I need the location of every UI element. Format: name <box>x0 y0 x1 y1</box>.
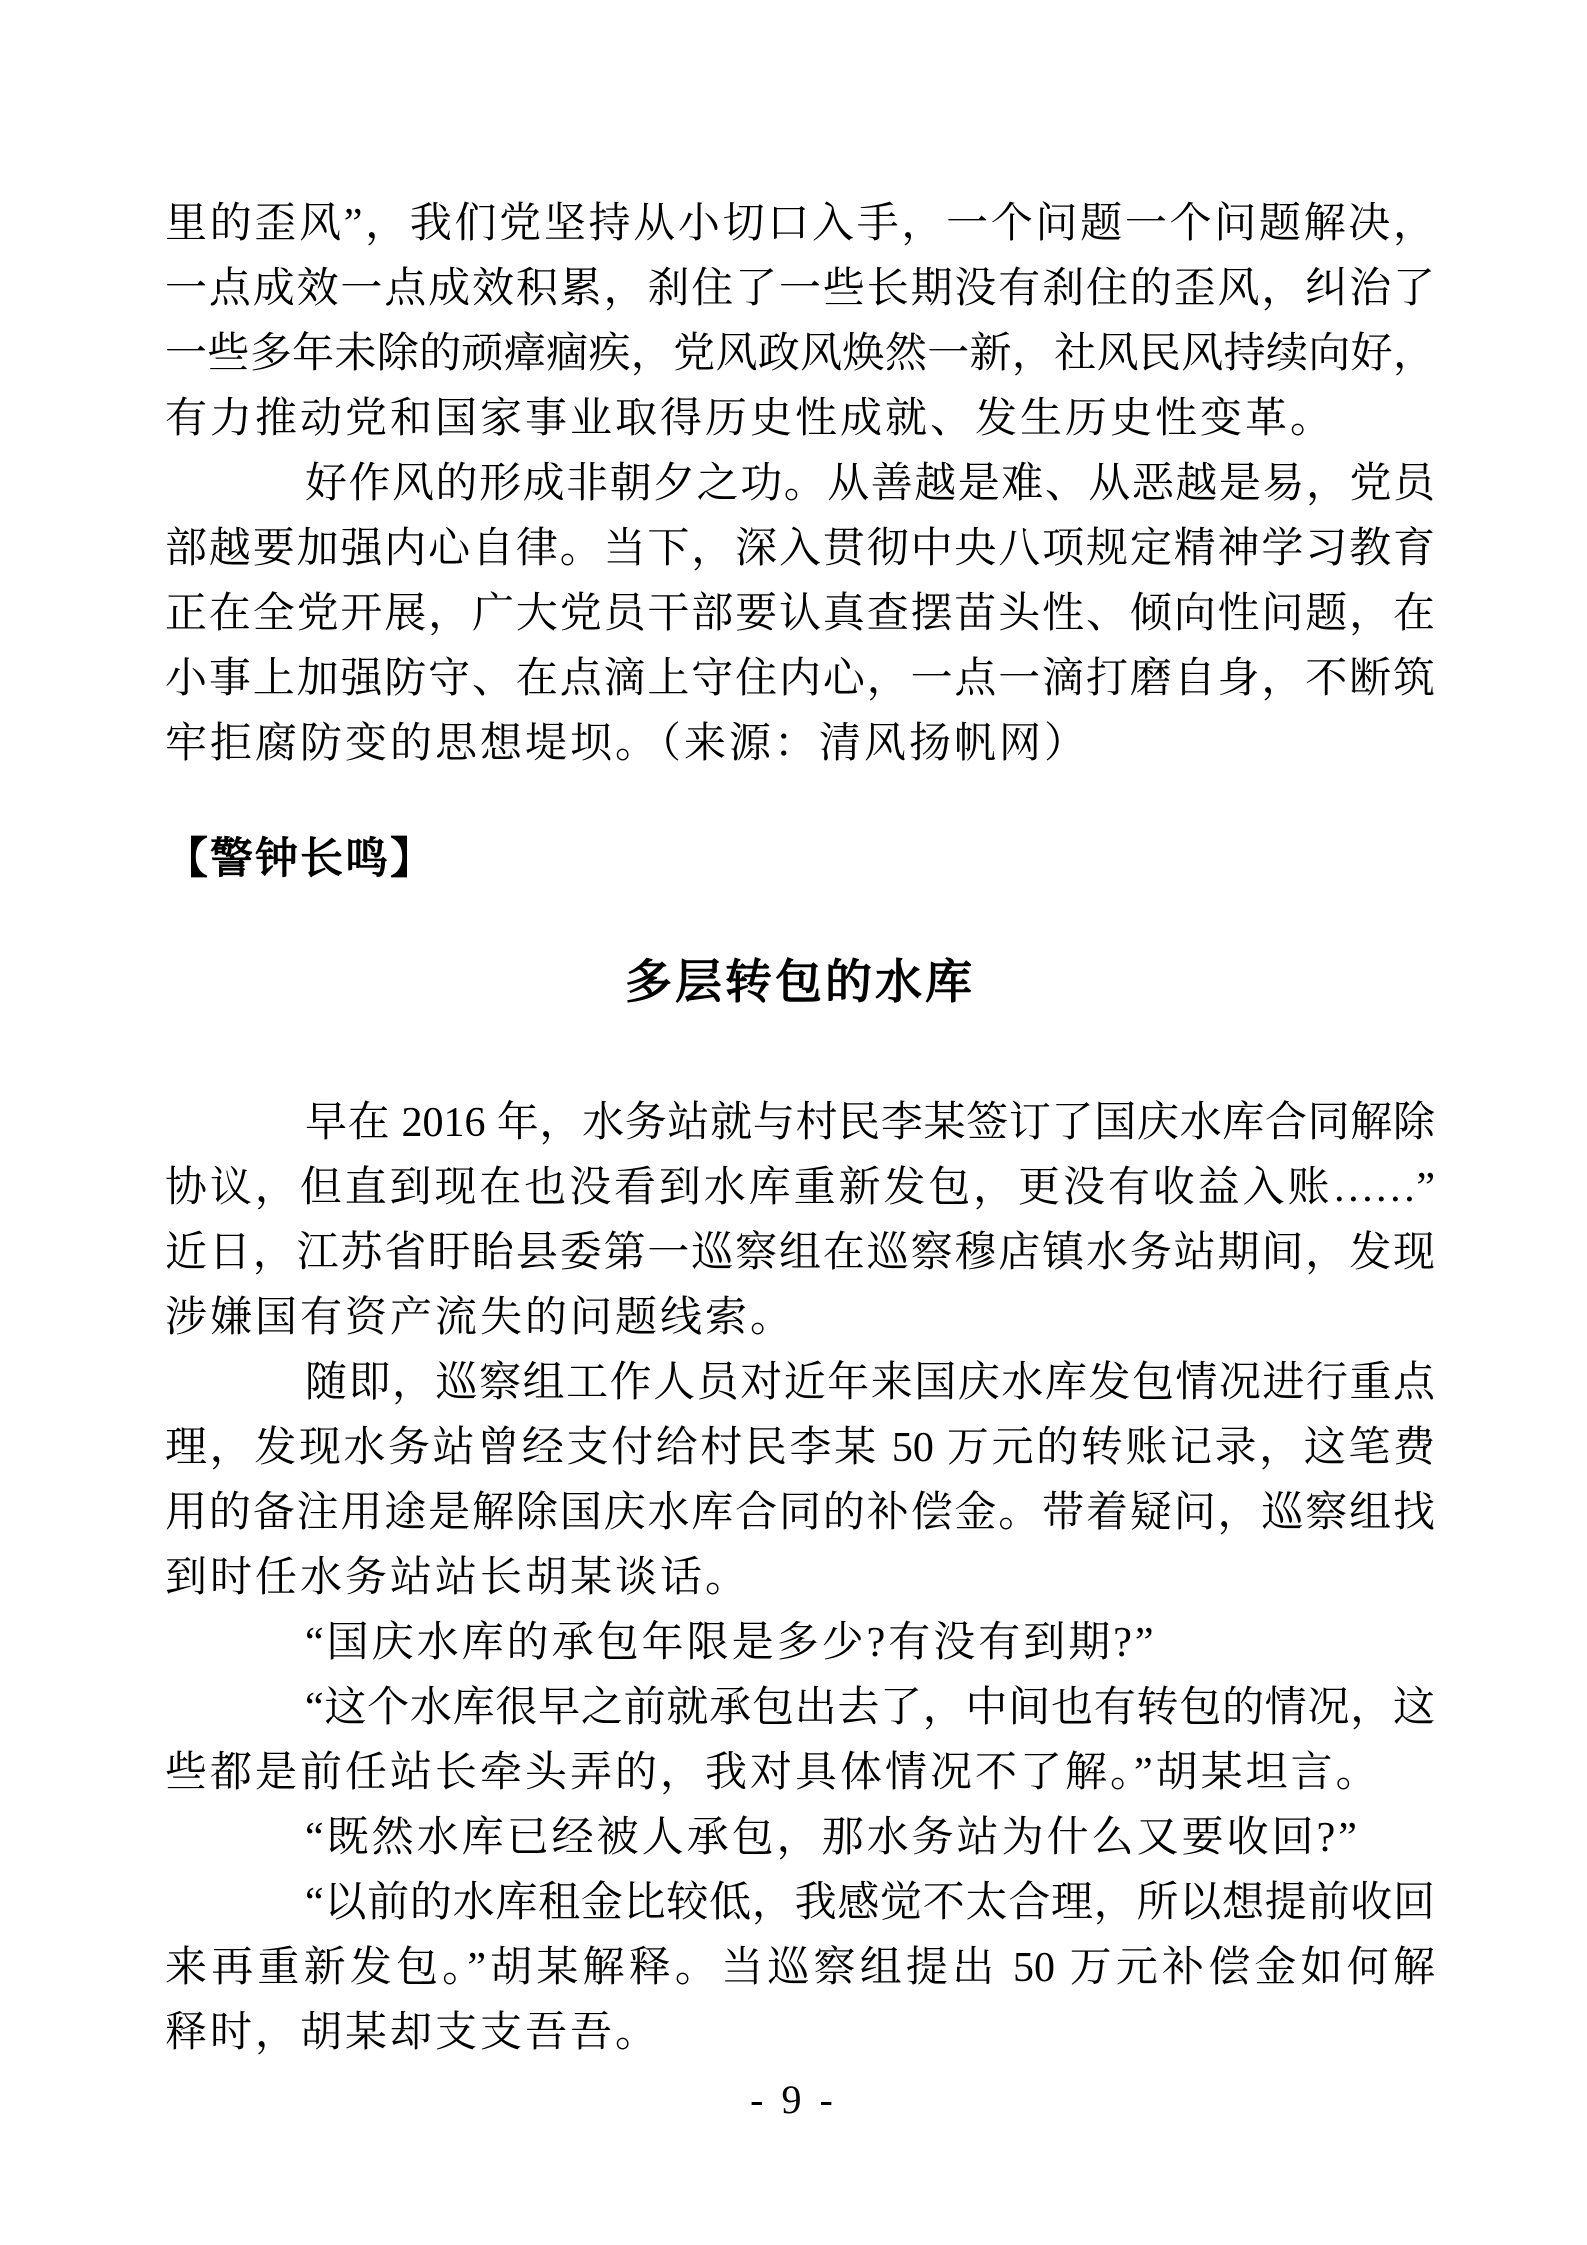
text-line: 有力推动党和国家事业取得历史性成就、发生历史性变革。 <box>165 387 1435 452</box>
paragraph: 里的歪风”，我们党坚持从小切口入手，一个问题一个问题解决，一点成效一点成效积累，… <box>165 192 1435 452</box>
paragraph: 早在 2016 年，水务站就与村民李某签订了国庆水库合同解除协议，但直到现在也没… <box>165 1091 1435 1351</box>
text-line: 牢拒腐防变的思想堤坝。（来源：清风扬帆网） <box>165 712 1435 777</box>
text-line: 一些多年未除的顽瘴痼疾，党风政风焕然一新，社风民风持续向好， <box>165 322 1435 387</box>
text-line: 正在全党开展，广大党员干部要认真查摆苗头性、倾向性问题，在 <box>165 582 1435 647</box>
text-line: 些都是前任站长牵头弄的，我对具体情况不了解。”胡某坦言。 <box>165 1741 1435 1806</box>
text-line: 释时，胡某却支支吾吾。 <box>165 2001 1435 2066</box>
text-line: 早在 2016 年，水务站就与村民李某签订了国庆水库合同解除 <box>165 1091 1435 1156</box>
paragraph: 随即，巡察组工作人员对近年来国庆水库发包情况进行重点梳理，发现水务站曾经支付给村… <box>165 1351 1435 1611</box>
text-line: 小事上加强防守、在点滴上守住内心，一点一滴打磨自身，不断筑 <box>165 647 1435 712</box>
text-line: 来再重新发包。”胡某解释。当巡察组提出 50 万元补偿金如何解 <box>165 1936 1435 2001</box>
article-paragraphs: 早在 2016 年，水务站就与村民李某签订了国庆水库合同解除协议，但直到现在也没… <box>165 1091 1435 2066</box>
text-line: “既然水库已经被人承包，那水务站为什么又要收回?” <box>165 1806 1435 1871</box>
paragraph: “国庆水库的承包年限是多少?有没有到期?” <box>165 1611 1435 1676</box>
text-line: 涉嫌国有资产流失的问题线索。 <box>165 1286 1435 1351</box>
text-line: “国庆水库的承包年限是多少?有没有到期?” <box>165 1611 1435 1676</box>
document-page: 里的歪风”，我们党坚持从小切口入手，一个问题一个问题解决，一点成效一点成效积累，… <box>0 0 1587 2245</box>
text-line: 部越要加强内心自律。当下，深入贯彻中央八项规定精神学习教育 <box>165 517 1435 582</box>
text-line: 到时任水务站站长胡某谈话。 <box>165 1546 1435 1611</box>
article-title: 多层转包的水库 <box>165 947 1435 1019</box>
text-line: 里的歪风”，我们党坚持从小切口入手，一个问题一个问题解决， <box>165 192 1435 257</box>
paragraph: 好作风的形成非朝夕之功。从善越是难、从恶越是易，党员干部越要加强内心自律。当下，… <box>165 452 1435 777</box>
intro-paragraphs: 里的歪风”，我们党坚持从小切口入手，一个问题一个问题解决，一点成效一点成效积累，… <box>165 192 1435 777</box>
text-line: 一点成效一点成效积累，刹住了一些长期没有刹住的歪风，纠治了 <box>165 257 1435 322</box>
text-line: 协议，但直到现在也没看到水库重新发包，更没有收益入账……” <box>165 1156 1435 1221</box>
text-line: 近日，江苏省盱眙县委第一巡察组在巡察穆店镇水务站期间，发现 <box>165 1221 1435 1286</box>
page-content: 里的歪风”，我们党坚持从小切口入手，一个问题一个问题解决，一点成效一点成效积累，… <box>165 192 1435 2066</box>
text-line: 好作风的形成非朝夕之功。从善越是难、从恶越是易，党员干 <box>165 452 1435 517</box>
page-number: - 9 - <box>0 2078 1587 2122</box>
text-line: “以前的水库租金比较低，我感觉不太合理，所以想提前收回 <box>165 1871 1435 1936</box>
paragraph: “以前的水库租金比较低，我感觉不太合理，所以想提前收回来再重新发包。”胡某解释。… <box>165 1871 1435 2066</box>
text-line: 用的备注用途是解除国庆水库合同的补偿金。带着疑问，巡察组找 <box>165 1481 1435 1546</box>
paragraph: “这个水库很早之前就承包出去了，中间也有转包的情况，这些都是前任站长牵头弄的，我… <box>165 1676 1435 1806</box>
section-header: 【警钟长鸣】 <box>165 827 1435 892</box>
text-line: “这个水库很早之前就承包出去了，中间也有转包的情况，这 <box>165 1676 1435 1741</box>
text-line: 理，发现水务站曾经支付给村民李某 50 万元的转账记录，这笔费 <box>165 1416 1435 1481</box>
paragraph: “既然水库已经被人承包，那水务站为什么又要收回?” <box>165 1806 1435 1871</box>
text-line: 随即，巡察组工作人员对近年来国庆水库发包情况进行重点梳 <box>165 1351 1435 1416</box>
